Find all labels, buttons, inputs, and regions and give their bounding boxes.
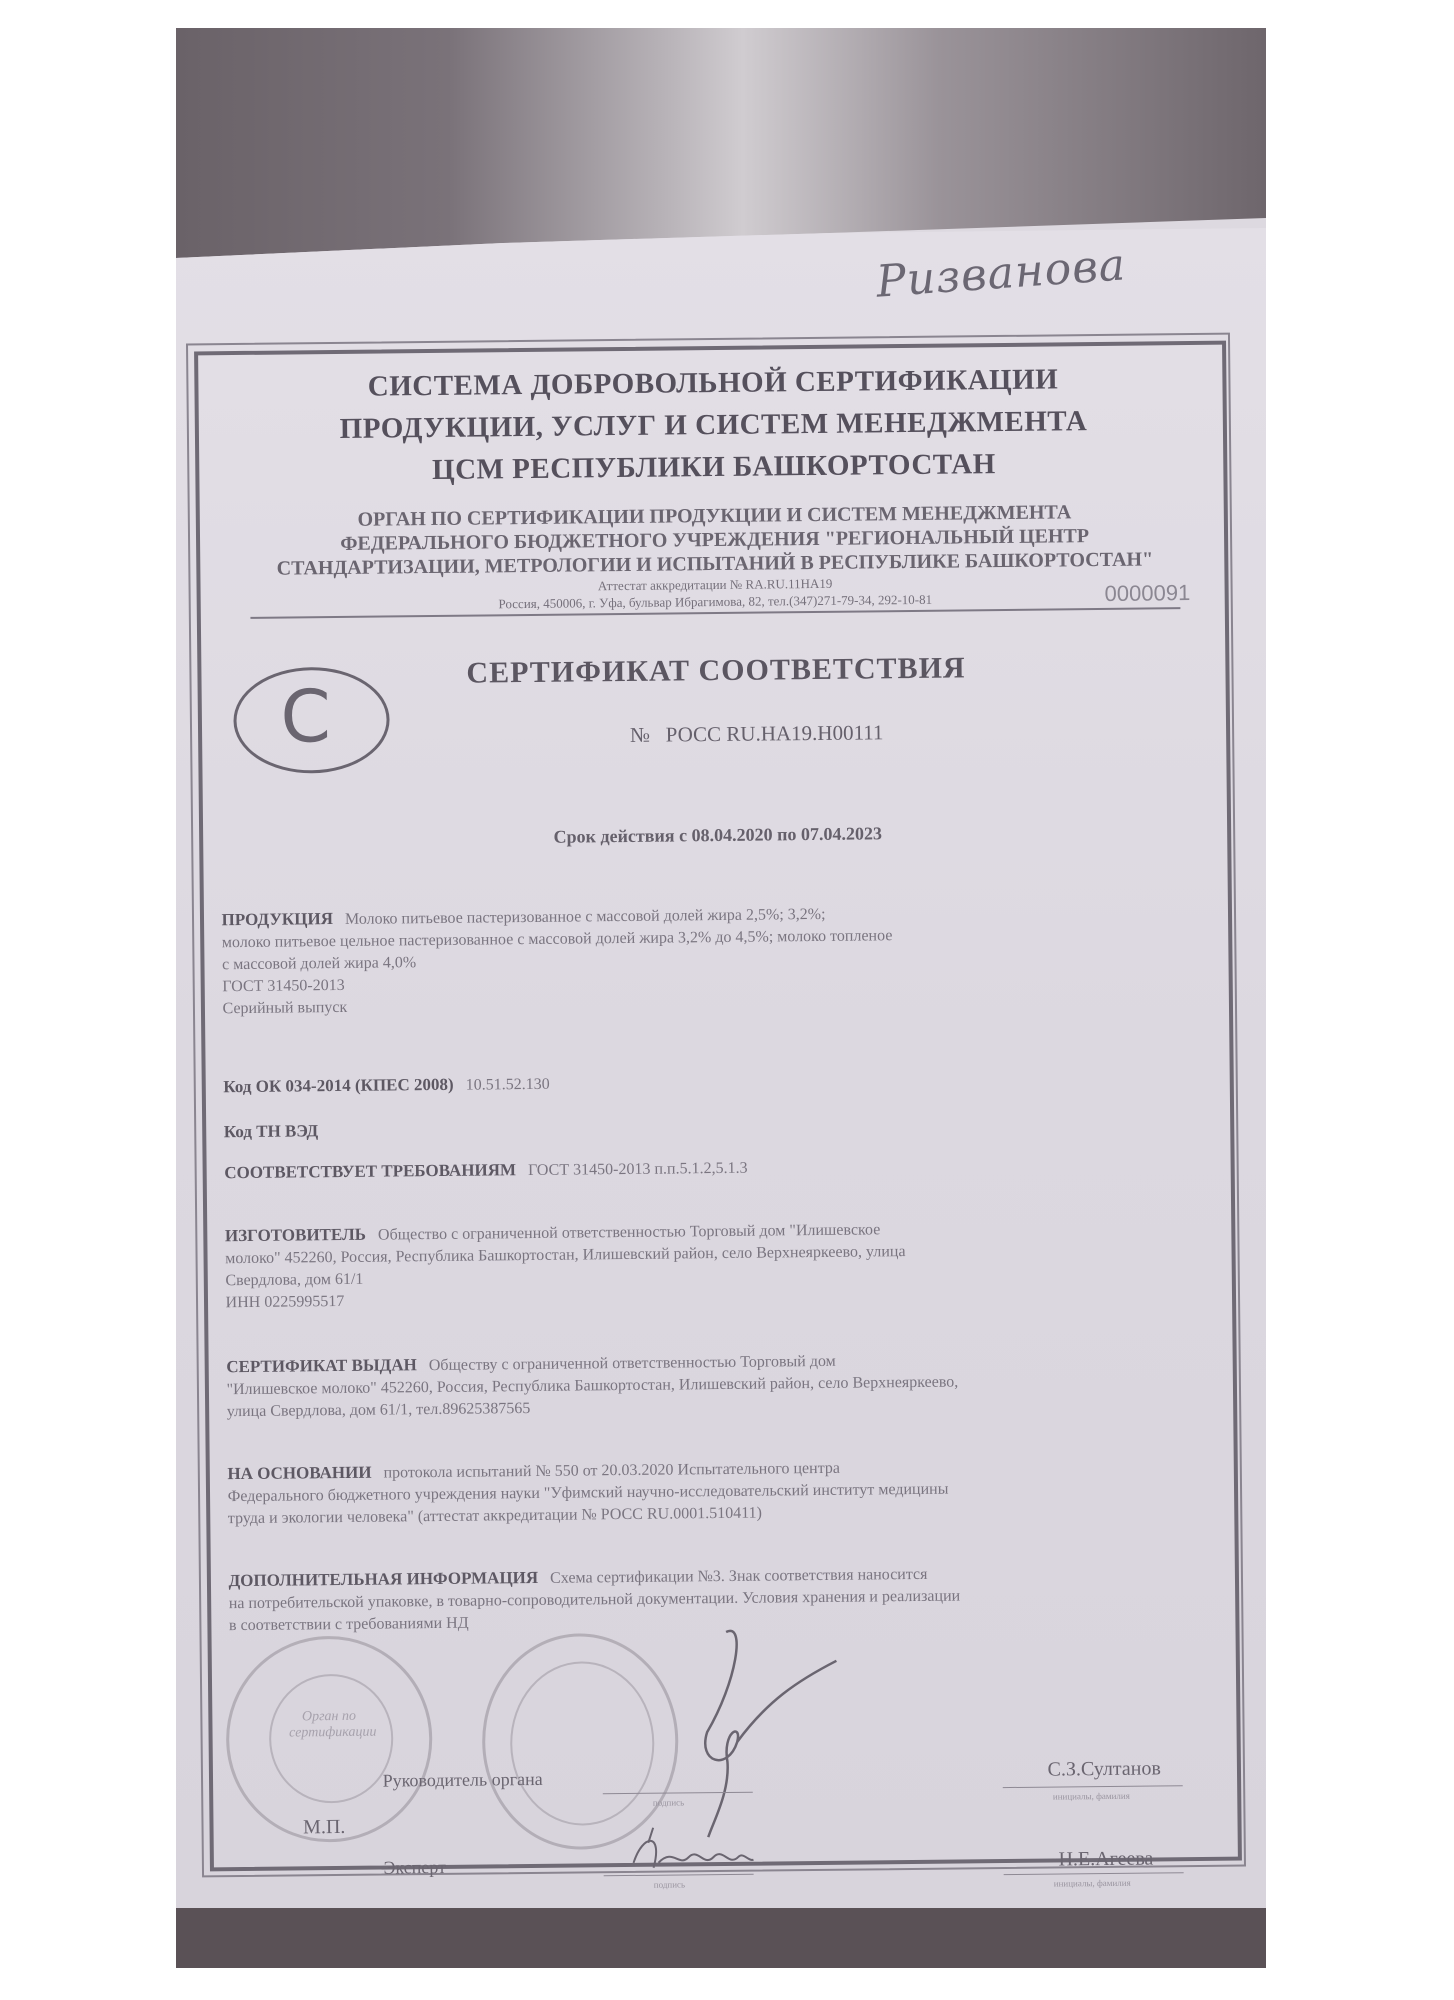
- validity-period: Срок действия с 08.04.2020 по 07.04.2023: [213, 820, 1223, 852]
- stamp-center-icon: [481, 1632, 679, 1850]
- c-mark-icon: C: [280, 680, 331, 753]
- expert-role-label: Эксперт: [383, 1857, 446, 1879]
- section-issued-to: СЕРТИФИКАТ ВЫДАНОбществу с ограниченной …: [226, 1346, 1221, 1423]
- certificate-body: СИСТЕМА ДОБРОВОЛЬНОЙ СЕРТИФИКАЦИИ ПРОДУК…: [208, 353, 1234, 1937]
- stamp-mp-label: М.П.: [303, 1816, 345, 1839]
- address-text: Россия, 450006, г. Уфа, бульвар Ибрагимо…: [498, 592, 932, 612]
- section-manufacturer: ИЗГОТОВИТЕЛЬОбщество с ограниченной отве…: [225, 1215, 1220, 1314]
- head-role-label: Руководитель органа: [383, 1769, 543, 1792]
- section-tn-ved: Код ТН ВЭД: [224, 1111, 1218, 1144]
- signature-block: Орган по сертификации Руководитель орган…: [221, 1627, 1234, 1938]
- section-product: ПРОДУКЦИЯМолоко питьевое пастеризованное…: [222, 899, 1217, 1020]
- expert-name-line: [1004, 1872, 1184, 1875]
- expert-name-caption: инициалы, фамилия: [1054, 1878, 1131, 1889]
- background-top-shadow: [176, 28, 1266, 258]
- head-name: С.З.Султанов: [1047, 1757, 1161, 1781]
- section-basis: НА ОСНОВАНИИпротокола испытаний № 550 от…: [227, 1453, 1222, 1530]
- head-signature-caption: подпись: [653, 1797, 684, 1807]
- stamp-left-icon: Орган по сертификации: [225, 1635, 433, 1843]
- section-conforms: СООТВЕТСТВУЕТ ТРЕБОВАНИЯМГОСТ 31450-2013…: [224, 1152, 1218, 1185]
- certification-body-title: ОРГАН ПО СЕРТИФИКАЦИИ ПРОДУКЦИИ И СИСТЕМ…: [209, 499, 1220, 582]
- system-title: СИСТЕМА ДОБРОВОЛЬНОЙ СЕРТИФИКАЦИИ ПРОДУК…: [208, 361, 1219, 490]
- photographed-document: Ризванова СИСТЕМА ДОБРОВОЛЬНОЙ СЕРТИФИКА…: [176, 28, 1266, 1968]
- head-name-line: [1003, 1785, 1183, 1788]
- head-name-caption: инициалы, фамилия: [1053, 1791, 1130, 1802]
- expert-name: Н.Е.Агеева: [1058, 1848, 1153, 1872]
- section-ok-code: Код ОК 034-2014 (КПЕС 2008)10.51.52.130: [223, 1066, 1217, 1099]
- certification-logo: C: [233, 666, 390, 774]
- expert-signature-caption: подпись: [654, 1879, 685, 1889]
- serial-number: 0000091: [1105, 584, 1191, 602]
- head-signature-icon: [666, 1621, 868, 1843]
